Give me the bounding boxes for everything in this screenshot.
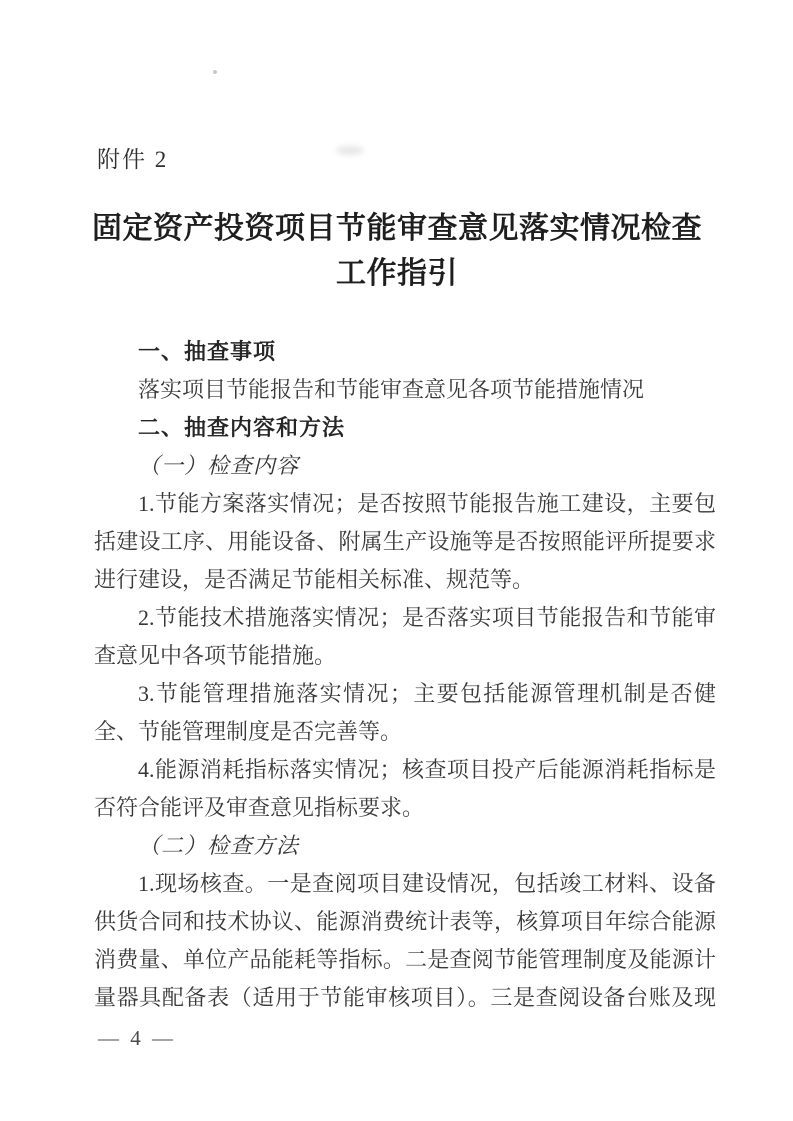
body-line: 2.节能技术措施落实情况；是否落实项目节能报告和节能审 bbox=[94, 599, 716, 637]
document-title: 固定资产投资项目节能审查意见落实情况检查 工作指引 bbox=[86, 206, 708, 296]
body-line: 4.能源消耗指标落实情况；核查项目投产后能源消耗指标是 bbox=[94, 751, 716, 789]
document-body: 一、抽查事项 落实项目节能报告和节能审查意见各项节能措施情况 二、抽查内容和方法… bbox=[94, 333, 716, 1017]
body-line: 消费量、单位产品能耗等指标。二是查阅节能管理制度及能源计 bbox=[94, 941, 716, 979]
attachment-label: 附件 2 bbox=[97, 141, 168, 174]
subheading-check-method: （二）检查方法 bbox=[94, 827, 716, 865]
body-line: 供货合同和技术协议、能源消费统计表等，核算项目年综合能源 bbox=[94, 903, 716, 941]
body-line: 落实项目节能报告和节能审查意见各项节能措施情况 bbox=[94, 371, 716, 409]
scanned-document-page: 附件 2 固定资产投资项目节能审查意见落实情况检查 工作指引 一、抽查事项 落实… bbox=[0, 0, 793, 1121]
heading-sampling-items: 一、抽查事项 bbox=[94, 333, 716, 371]
body-line: 全、节能管理制度是否完善等。 bbox=[94, 713, 716, 751]
body-line: 进行建设，是否满足节能相关标准、规范等。 bbox=[94, 561, 716, 599]
subheading-check-content: （一）检查内容 bbox=[94, 447, 716, 485]
body-line: 1.节能方案落实情况；是否按照节能报告施工建设，主要包 bbox=[94, 485, 716, 523]
body-line: 括建设工序、用能设备、附属生产设施等是否按照能评所提要求 bbox=[94, 523, 716, 561]
body-line: 3.节能管理措施落实情况；主要包括能源管理机制是否健 bbox=[94, 675, 716, 713]
heading-sampling-content-method: 二、抽查内容和方法 bbox=[94, 409, 716, 447]
body-line: 1.现场核查。一是查阅项目建设情况，包括竣工材料、设备 bbox=[94, 865, 716, 903]
page-number: — 4 — bbox=[98, 1026, 176, 1051]
body-line: 量器具配备表（适用于节能审核项目）。三是查阅设备台账及现 bbox=[94, 979, 716, 1017]
body-line: 否符合能评及审查意见指标要求。 bbox=[94, 789, 716, 827]
scan-artifact bbox=[336, 146, 364, 155]
document-title-line-1: 固定资产投资项目节能审查意见落实情况检查 bbox=[86, 206, 708, 251]
document-title-line-2: 工作指引 bbox=[86, 251, 708, 296]
scan-artifact bbox=[213, 70, 217, 74]
body-line: 查意见中各项节能措施。 bbox=[94, 637, 716, 675]
